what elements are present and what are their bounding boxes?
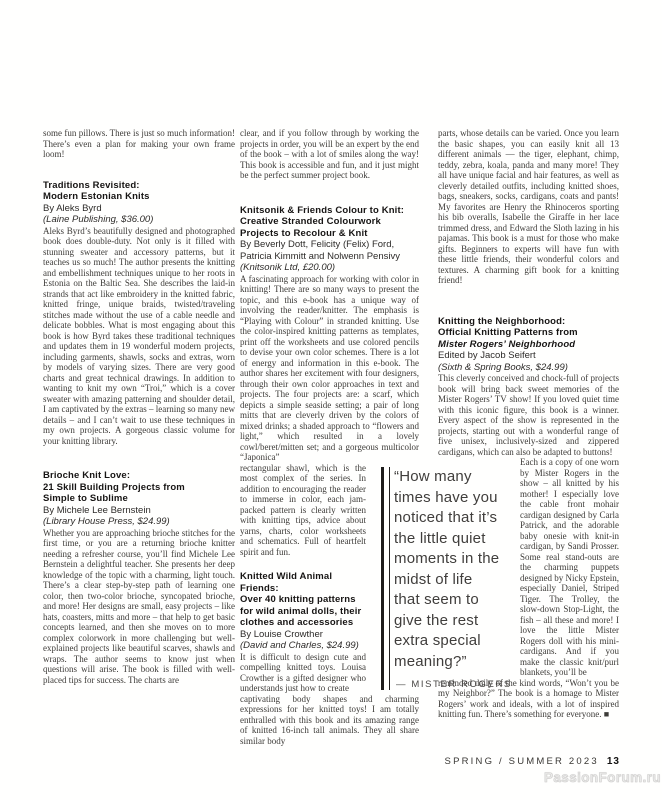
- pull-quote-attribution: — MISTER ROGERS: [394, 679, 562, 690]
- watermark: PassionForum.ru: [544, 770, 661, 785]
- review-byline: By Louise Crowther: [240, 629, 366, 641]
- pull-quote: “How many times have you noticed that it…: [381, 467, 562, 690]
- continued-paragraph: parts, whose details can be varied. Once…: [438, 128, 619, 286]
- page-footer: SPRING / SUMMER 202313: [410, 756, 620, 767]
- review-publisher: (Knitsonik Ltd, £20.00): [240, 262, 419, 274]
- text-wrap-around-quote: rectangular shawl, which is the most com…: [240, 463, 366, 694]
- continued-paragraph: some fun pillows. There is just so much …: [43, 128, 235, 160]
- review-title: Knitted Wild Animal Friends: Over 40 kni…: [240, 571, 366, 629]
- review-byline: By Michele Lee Bernstein: [43, 505, 235, 517]
- review-byline: By Aleks Byrd: [43, 203, 235, 215]
- review-title: Knitsonik & Friends Colour to Knit: Crea…: [240, 205, 419, 240]
- column-left: some fun pillows. There is just so much …: [43, 128, 235, 685]
- review-knitsonik-colour-to-knit: Knitsonik & Friends Colour to Knit: Crea…: [240, 205, 419, 463]
- review-title: Traditions Revisited: Modern Estonian Kn…: [43, 180, 235, 203]
- review-byline: Edited by Jacob Seifert: [438, 350, 619, 362]
- review-publisher: (Laine Publishing, $36.00): [43, 214, 235, 226]
- review-body-continued: rectangular shawl, which is the most com…: [240, 463, 366, 558]
- page-number: 13: [607, 756, 620, 767]
- review-title: Knitting the Neighborhood: Official Knit…: [438, 316, 619, 339]
- review-body: A fascinating approach for working with …: [240, 274, 419, 463]
- review-title-italic: Mister Rogers’ Neighborhood: [438, 339, 619, 351]
- review-body: It is difficult to design cute and compe…: [240, 652, 366, 694]
- review-body: This cleverly conceived and chock-full o…: [438, 373, 619, 457]
- review-publisher: (Sixth & Spring Books, $24.99): [438, 362, 619, 374]
- review-publisher: (David and Charles, $24.99): [240, 640, 366, 652]
- review-traditions-revisited: Traditions Revisited: Modern Estonian Kn…: [43, 180, 235, 447]
- magazine-page: some fun pillows. There is just so much …: [0, 0, 662, 800]
- review-body-continued: captivating body shapes and charming exp…: [240, 694, 419, 747]
- review-knitted-wild-animal-friends: Knitted Wild Animal Friends: Over 40 kni…: [240, 571, 366, 694]
- review-body: Whether you are approaching brioche stit…: [43, 528, 235, 686]
- review-brioche-knit-love: Brioche Knit Love: 21 Skill Building Pro…: [43, 470, 235, 685]
- continued-paragraph: clear, and if you follow through by work…: [240, 128, 419, 181]
- review-body: Aleks Byrd’s beautifully designed and ph…: [43, 226, 235, 447]
- review-byline: By Beverly Dott, Felicity (Felix) Ford, …: [240, 239, 419, 262]
- review-publisher: (Library House Press, $24.99): [43, 516, 235, 528]
- review-title: Brioche Knit Love: 21 Skill Building Pro…: [43, 470, 235, 505]
- pull-quote-text: “How many times have you noticed that it…: [394, 467, 562, 672]
- issue-label: SPRING / SUMMER 2023: [445, 756, 599, 767]
